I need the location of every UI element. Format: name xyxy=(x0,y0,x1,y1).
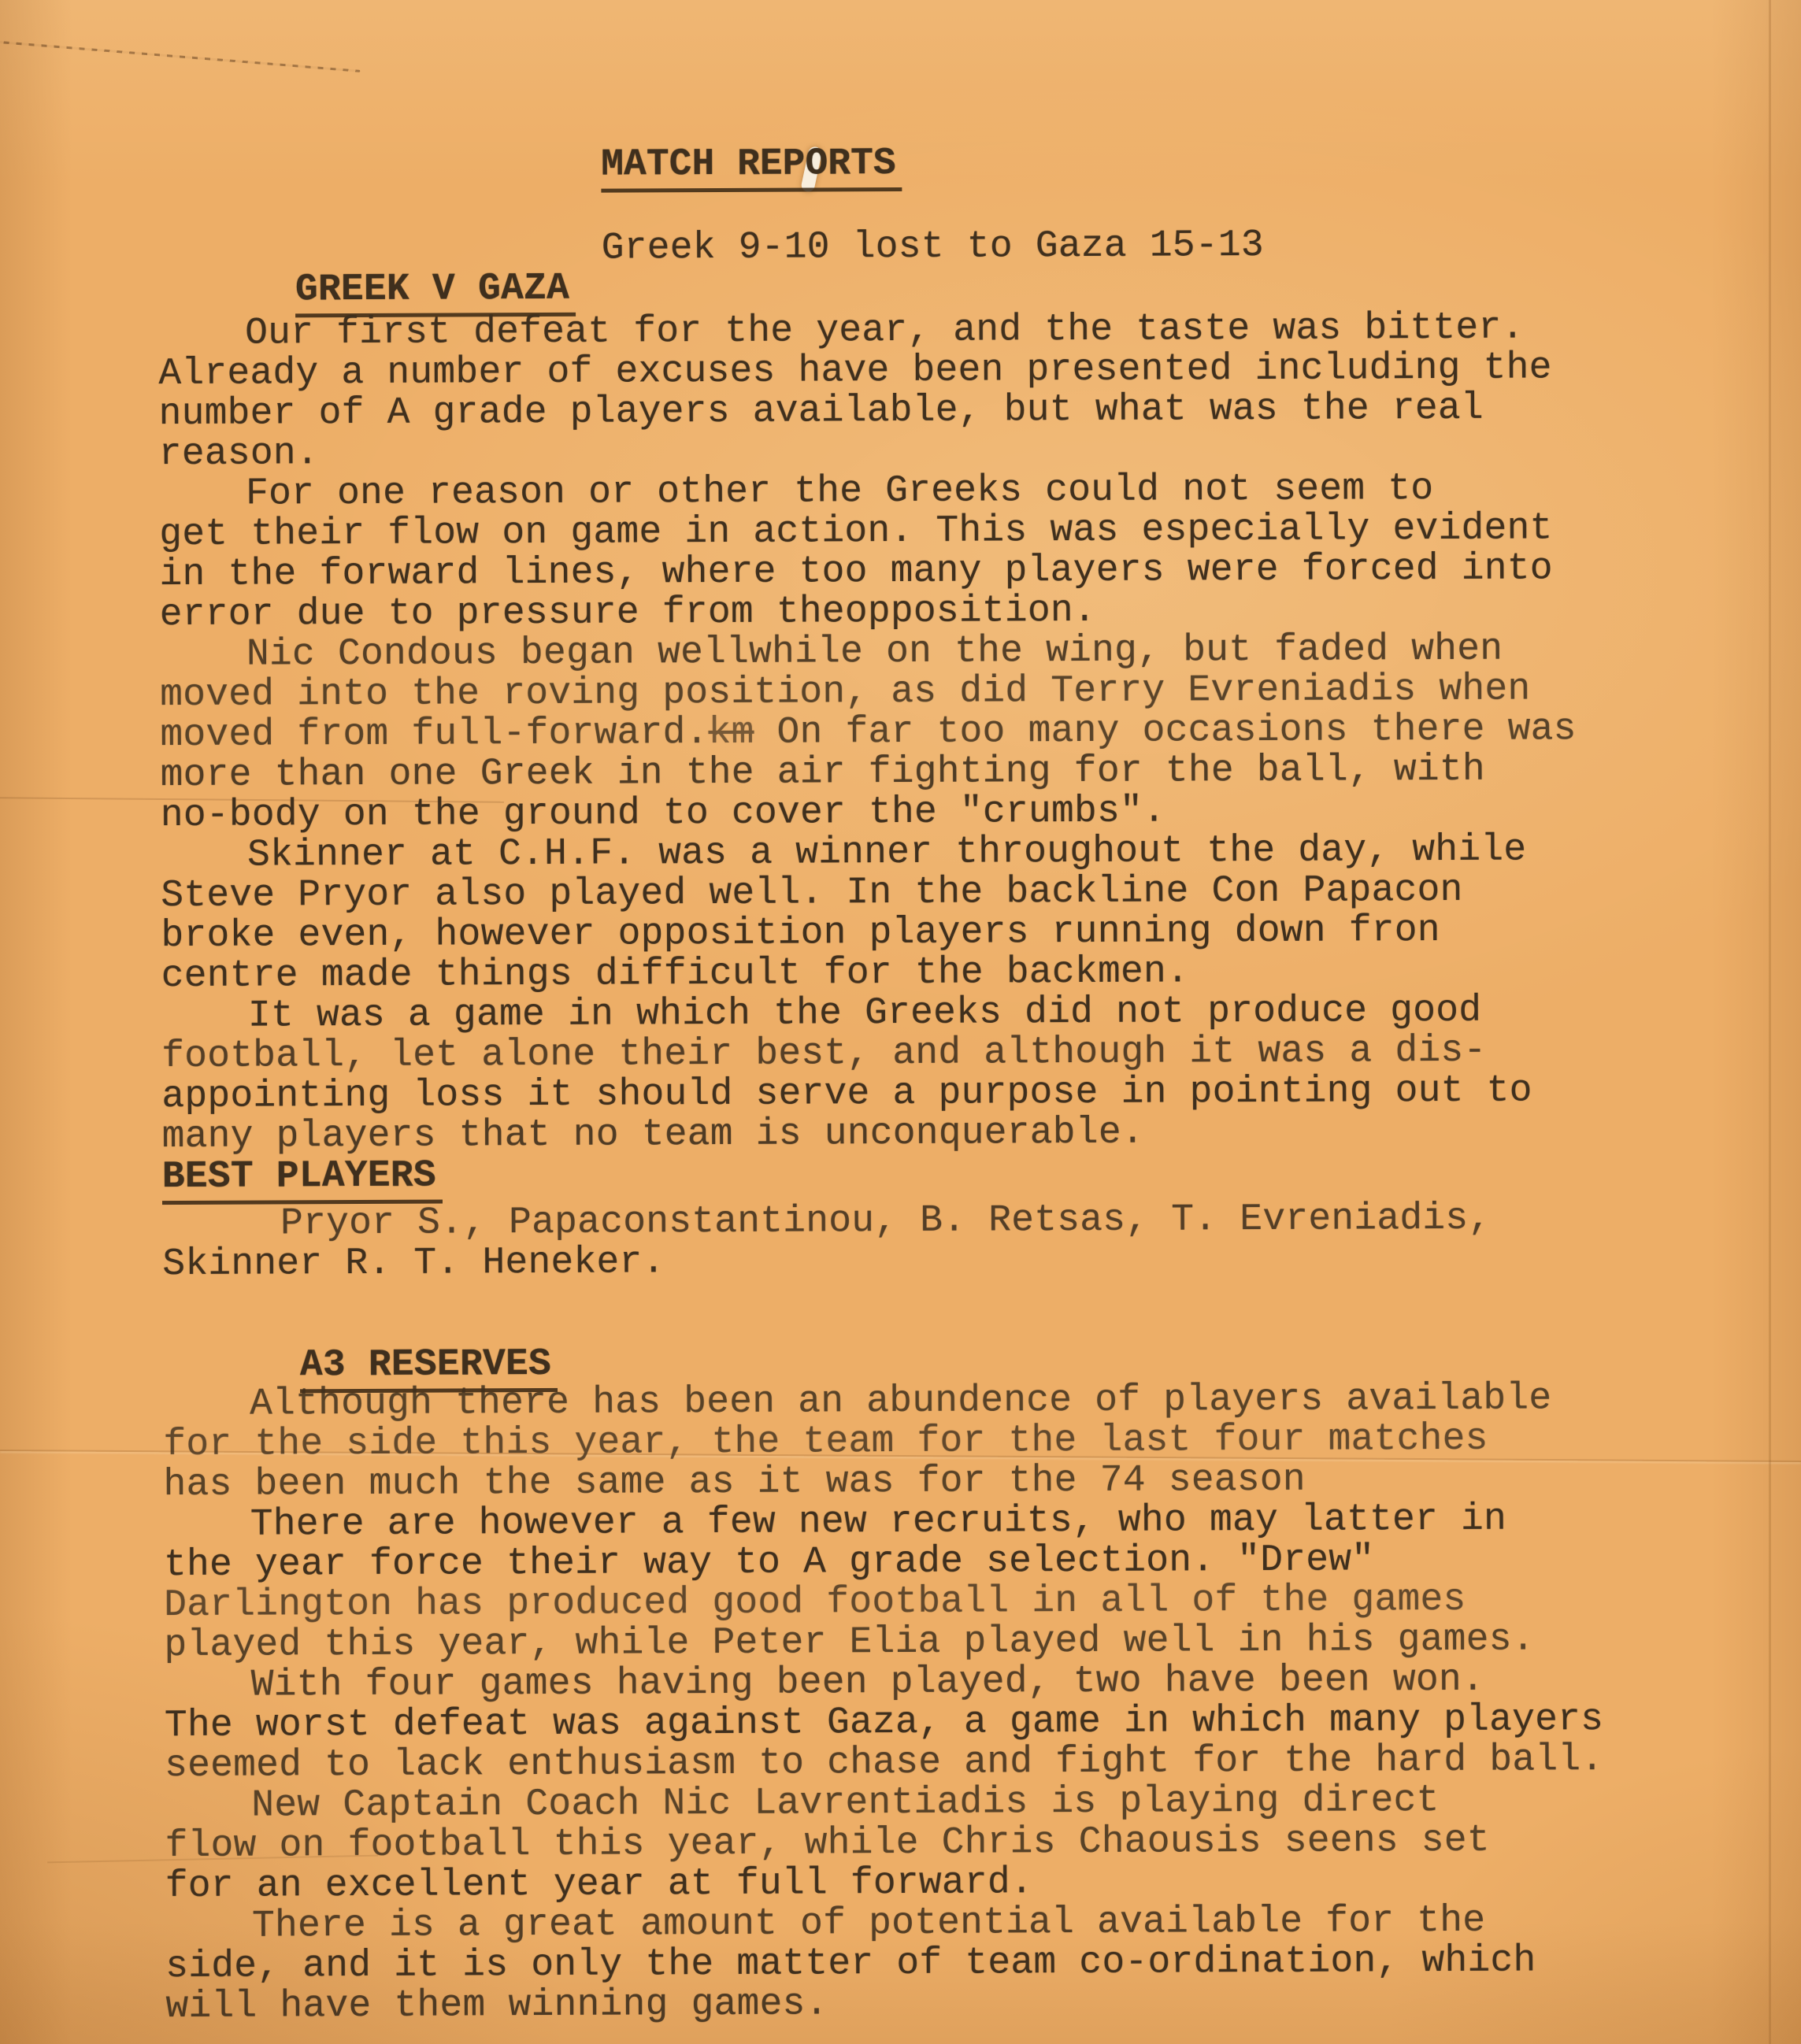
text-line: There are however a few new recruits, wh… xyxy=(164,1499,1603,1546)
text-line: BEST PLAYERS xyxy=(162,1151,1579,1205)
text-line: There is a great amount of potential ava… xyxy=(165,1901,1605,1947)
text-line: Pryor S., Papaconstantinou, B. Retsas, T… xyxy=(162,1198,1579,1245)
match-score-line: Greek 9-10 lost to Gaza 15-13 xyxy=(602,226,1264,269)
text-line: appointing loss it should serve a purpos… xyxy=(161,1071,1578,1117)
text-line: football, let alone their best, and alth… xyxy=(161,1031,1578,1077)
document-page: MATCH REPORTS GREEK V GAZA Greek 9-10 lo… xyxy=(0,0,1801,2044)
text-line: in the forward lines, where too many pla… xyxy=(159,549,1576,595)
page-title-text: MATCH REPORTS xyxy=(601,144,902,193)
text-line: With four games having been played, two … xyxy=(165,1660,1604,1706)
match-report-body: Our first defeat for the year, and the t… xyxy=(158,308,1579,1285)
text-line: many players that no team is unconquerab… xyxy=(162,1111,1579,1157)
text-line: will have them winning games. xyxy=(165,1981,1605,2027)
text-line: broke even, however opposition players r… xyxy=(161,910,1577,957)
text-line: Skinner R. T. Heneker. xyxy=(162,1239,1579,1285)
text-line: flow on football this year, while Chris … xyxy=(165,1820,1604,1867)
text-line: for the side this year, the team for the… xyxy=(163,1419,1603,1465)
text-line: number of A grade players available, but… xyxy=(159,388,1576,435)
scanned-text-content: MATCH REPORTS GREEK V GAZA Greek 9-10 lo… xyxy=(0,0,1801,2044)
text-line: has been much the same as it was for the… xyxy=(163,1459,1603,1505)
text-line: side, and it is only the matter of team … xyxy=(165,1941,1605,1987)
text-line: more than one Greek in the air fighting … xyxy=(161,750,1577,796)
page-title: MATCH REPORTS xyxy=(601,144,902,193)
reserves-report-body: Although there has been an abundence of … xyxy=(163,1379,1605,2027)
